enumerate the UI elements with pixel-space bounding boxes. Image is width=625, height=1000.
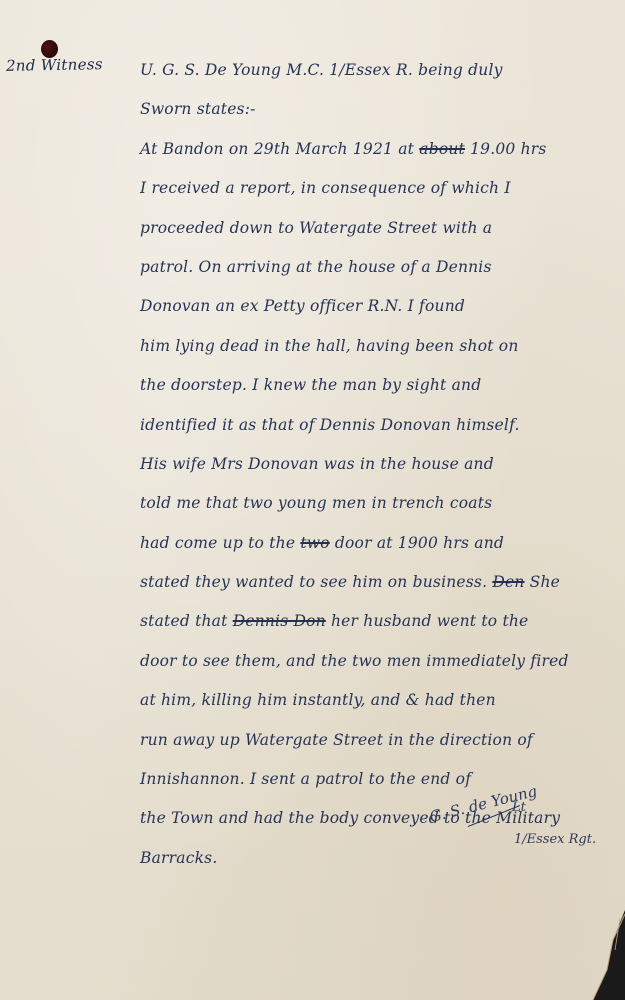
statement-line: His wife Mrs Donovan was in the house an… — [140, 449, 610, 488]
signature-regiment: 1/Essex Rgt. — [514, 832, 596, 847]
statement-line: told me that two young men in trench coa… — [140, 488, 610, 527]
statement-line: run away up Watergate Street in the dire… — [140, 725, 610, 764]
line-text: her husband went to the — [326, 612, 529, 630]
statement-line: U. G. S. De Young M.C. 1/Essex R. being … — [140, 55, 610, 94]
struck-text: Dennis Don — [233, 612, 326, 630]
line-text: At Bandon on 29th March 1921 at — [140, 140, 419, 158]
statement-line: patrol. On arriving at the house of a De… — [140, 252, 610, 291]
statement-body: U. G. S. De Young M.C. 1/Essex R. being … — [140, 55, 610, 882]
line-text: door at 1900 hrs and — [330, 534, 504, 552]
struck-text: Den — [492, 573, 524, 591]
statement-line: the doorstep. I knew the man by sight an… — [140, 370, 610, 409]
statement-line: door to see them, and the two men immedi… — [140, 646, 610, 685]
statement-line: stated they wanted to see him on busines… — [140, 567, 610, 606]
line-text: stated that — [140, 612, 233, 630]
statement-line: at him, killing him instantly, and & had… — [140, 685, 610, 724]
statement-line: had come up to the two door at 1900 hrs … — [140, 528, 610, 567]
statement-line: identified it as that of Dennis Donovan … — [140, 410, 610, 449]
line-text: 19.00 hrs — [465, 140, 547, 158]
statement-line: Innishannon. I sent a patrol to the end … — [140, 764, 610, 803]
struck-text: two — [300, 534, 329, 552]
statement-line: him lying dead in the hall, having been … — [140, 331, 610, 370]
statement-line: Donovan an ex Petty officer R.N. I found — [140, 291, 610, 330]
line-text: stated they wanted to see him on busines… — [140, 573, 492, 591]
statement-line: I received a report, in consequence of w… — [140, 173, 610, 212]
document-page: 2nd Witness U. G. S. De Young M.C. 1/Ess… — [0, 0, 625, 1000]
torn-corner-icon — [585, 910, 625, 1000]
line-text: She — [525, 573, 561, 591]
signature-block: G. S. de Young Lt 1/Essex Rgt. — [432, 800, 592, 870]
margin-note: 2nd Witness — [6, 55, 103, 75]
statement-line: At Bandon on 29th March 1921 at about 19… — [140, 134, 610, 173]
statement-line: stated that Dennis Don her husband went … — [140, 606, 610, 645]
struck-text: about — [419, 140, 465, 158]
statement-line: proceeded down to Watergate Street with … — [140, 213, 610, 252]
line-text: had come up to the — [140, 534, 300, 552]
statement-line: Sworn states:- — [140, 94, 610, 133]
